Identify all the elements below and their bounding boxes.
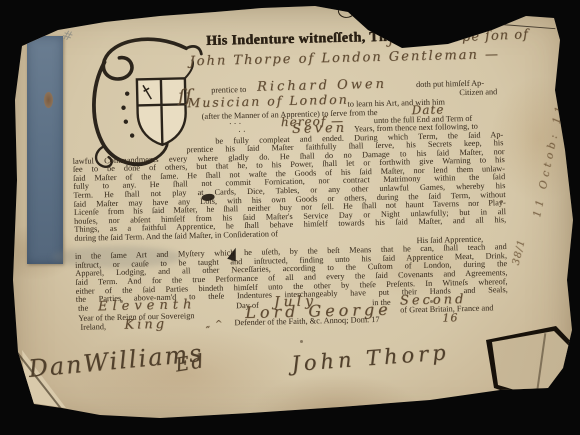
signature-paraph: Ed: [174, 350, 207, 377]
document-content: #: [0, 0, 580, 435]
printed-citizen-and: Citizen and: [459, 88, 497, 97]
printed-defender: Defender of the Faith, &c. Annoq; Dom. 1…: [234, 316, 379, 328]
handwritten-year-digits: 16: [442, 311, 458, 324]
heading-printed: His Indenture witneſſeth, That: [206, 33, 400, 46]
photo-background: #: [0, 0, 580, 435]
consideration-line: during the ſaid Term. And the ſaid Maſte…: [74, 230, 278, 243]
pencil-mark: #: [60, 28, 75, 46]
endorsement-vertical: 11 Octob: 11: [524, 66, 574, 254]
printed-ireland: Ireland,: [80, 323, 106, 332]
handwritten-apprentice-name-1: John Thorpe ſon of: [388, 27, 529, 48]
handwritten-king: King: [124, 317, 167, 333]
handwritten-caret-marks: „ ^: [205, 320, 223, 330]
printed-the: the: [78, 305, 88, 314]
handwritten-apprentice-name-2: John Thorpe of London Gentleman —: [189, 47, 500, 69]
signature-john-thorp: John Thorp: [291, 340, 451, 376]
handwritten-company: Musician of London: [187, 92, 349, 111]
parchment: #: [0, 0, 580, 435]
